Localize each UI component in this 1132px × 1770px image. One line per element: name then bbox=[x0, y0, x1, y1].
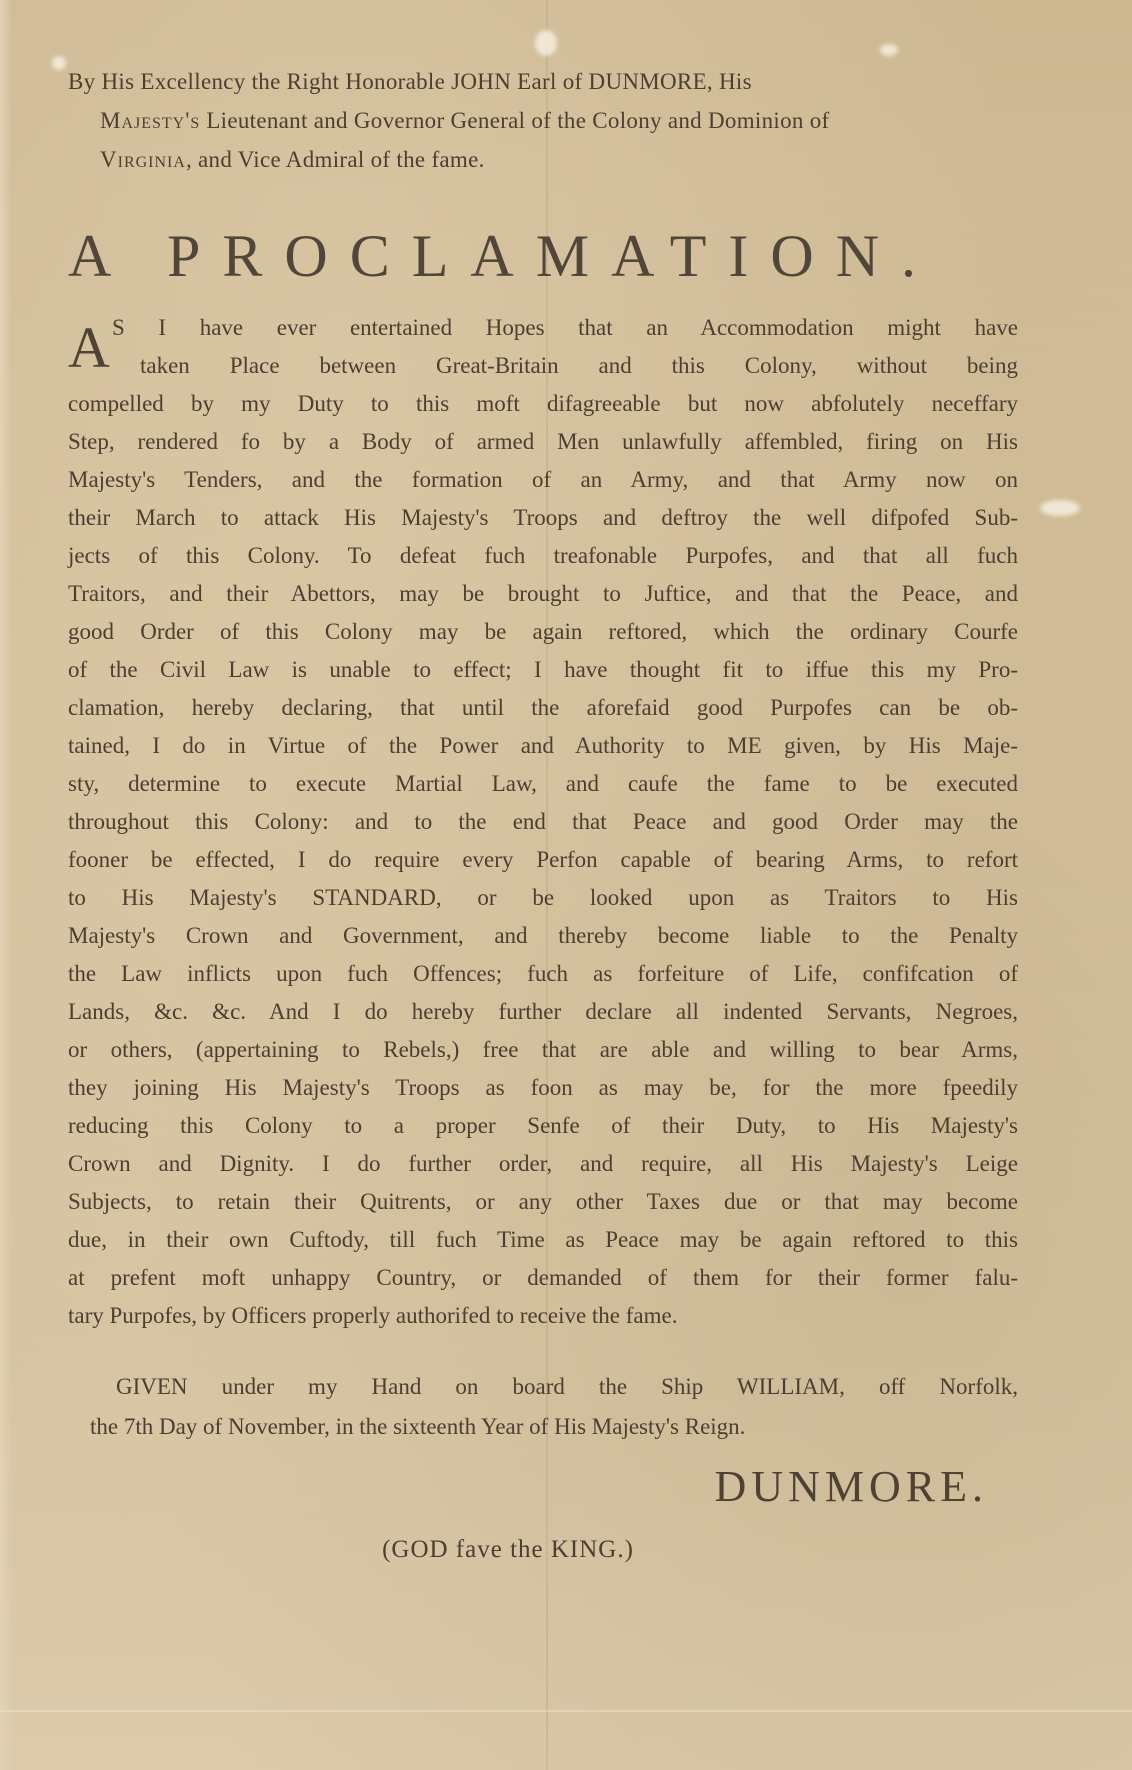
proclamation-header: By His Excellency the Right Honorable JO… bbox=[68, 62, 1018, 179]
paper-damage-spot bbox=[535, 30, 557, 56]
body-line: reducing this Colony to a proper Senfe o… bbox=[68, 1107, 1018, 1145]
given-under-hand: GIVEN under my Hand on board the Ship WI… bbox=[68, 1367, 1018, 1447]
body-line: to His Majesty's STANDARD, or be looked … bbox=[68, 879, 1018, 917]
body-line: S I have ever entertained Hopes that an … bbox=[68, 309, 1018, 347]
body-line: throughout this Colony: and to the end t… bbox=[68, 803, 1018, 841]
body-line: fooner be effected, I do require every P… bbox=[68, 841, 1018, 879]
closing-line: (GOD fave the KING.) bbox=[68, 1536, 1018, 1564]
body-line: taken Place between Great-Britain and th… bbox=[68, 347, 1018, 385]
small-caps-text: Virginia bbox=[100, 147, 186, 172]
header-text: Lieutenant and Governor General of the C… bbox=[200, 108, 829, 133]
body-line: Traitors, and their Abettors, may be bro… bbox=[68, 575, 1018, 613]
body-line: compelled by my Duty to this moft difagr… bbox=[68, 385, 1018, 423]
body-line: Crown and Dignity. I do further order, a… bbox=[68, 1145, 1018, 1183]
body-line: due, in their own Cuftody, till fuch Tim… bbox=[68, 1221, 1018, 1259]
header-line-2: Majesty's Lieutenant and Governor Genera… bbox=[68, 101, 1018, 140]
body-line: clamation, hereby declaring, that until … bbox=[68, 689, 1018, 727]
proclamation-title: A PROCLAMATION. bbox=[68, 221, 1018, 291]
body-line: their March to attack His Majesty's Troo… bbox=[68, 499, 1018, 537]
body-line: Majesty's Crown and Government, and ther… bbox=[68, 917, 1018, 955]
paper-damage-spot bbox=[52, 56, 66, 70]
header-line-3: Virginia, and Vice Admiral of the fame. bbox=[68, 140, 1018, 179]
document-content: By His Excellency the Right Honorable JO… bbox=[68, 62, 1018, 1564]
drop-cap: A bbox=[68, 319, 110, 377]
body-line: they joining His Majesty's Troops as foo… bbox=[68, 1069, 1018, 1107]
paper-damage-spot bbox=[880, 44, 898, 56]
proclamation-body: A S I have ever entertained Hopes that a… bbox=[68, 309, 1018, 1335]
given-line-2: the 7th Day of November, in the sixteent… bbox=[68, 1407, 950, 1447]
fold-crease-horizontal bbox=[0, 1710, 1132, 1712]
header-text: , and Vice Admiral of the fame. bbox=[186, 147, 485, 172]
body-line: good Order of this Colony may be again r… bbox=[68, 613, 1018, 651]
body-line: sty, determine to execute Martial Law, a… bbox=[68, 765, 1018, 803]
small-caps-text: Majesty's bbox=[100, 108, 200, 133]
header-line-1: By His Excellency the Right Honorable JO… bbox=[68, 62, 1018, 101]
signature: DUNMORE. bbox=[68, 1461, 1018, 1512]
paper-damage-spot bbox=[1040, 500, 1080, 516]
proclamation-sheet: By His Excellency the Right Honorable JO… bbox=[0, 0, 1132, 1770]
body-line: jects of this Colony. To defeat fuch tre… bbox=[68, 537, 1018, 575]
body-line: Subjects, to retain their Quitrents, or … bbox=[68, 1183, 1018, 1221]
body-line: tary Purpofes, by Officers properly auth… bbox=[68, 1297, 1018, 1335]
body-line: or others, (appertaining to Rebels,) fre… bbox=[68, 1031, 1018, 1069]
body-line: tained, I do in Virtue of the Power and … bbox=[68, 727, 1018, 765]
body-line: Majesty's Tenders, and the formation of … bbox=[68, 461, 1018, 499]
body-line: the Law inflicts upon fuch Offences; fuc… bbox=[68, 955, 1018, 993]
body-line: at prefent moft unhappy Country, or dema… bbox=[68, 1259, 1018, 1297]
body-line: of the Civil Law is unable to effect; I … bbox=[68, 651, 1018, 689]
body-line: Step, rendered fo by a Body of armed Men… bbox=[68, 423, 1018, 461]
given-line-1: GIVEN under my Hand on board the Ship WI… bbox=[68, 1367, 1018, 1407]
paper-edge bbox=[0, 0, 12, 1770]
body-line: Lands, &c. &c. And I do hereby further d… bbox=[68, 993, 1018, 1031]
